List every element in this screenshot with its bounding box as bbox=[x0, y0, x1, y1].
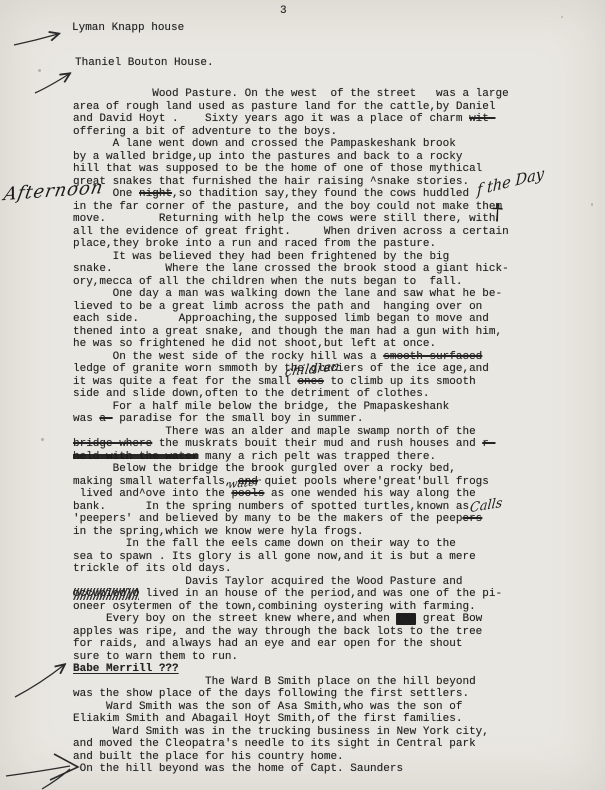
typed-line: apples was ripe, and the way through the… bbox=[73, 626, 605, 639]
typed-segment: side and slide down,often to the detrime… bbox=[73, 388, 429, 400]
typed-segment: One day a man was walking down the lane … bbox=[73, 288, 502, 300]
typed-line: Eliakim Smith and Abagail Hoyt Smith,of … bbox=[73, 713, 605, 726]
typed-segment: by a walled bridge,up into the pastures … bbox=[73, 151, 462, 163]
typed-line: by a walled bridge,up into the pastures … bbox=[73, 151, 605, 164]
typed-line: sea to spawn . Its glory is all gone now… bbox=[73, 551, 605, 564]
typed-line: In the fall the eels came down on their … bbox=[73, 538, 605, 551]
arrow-to-thaniel-bouton bbox=[35, 74, 69, 93]
typed-line: Babe Merrill ??? bbox=[73, 663, 605, 676]
typed-segment: apples was ripe, and the way through the… bbox=[73, 626, 482, 638]
typed-line: and moved the Cleopatra's needle to its … bbox=[73, 738, 605, 751]
typed-segment-strike: wit- bbox=[469, 113, 495, 125]
typed-segment: On the hill beyond was the home of Capt.… bbox=[73, 763, 403, 775]
typed-segment: Below the bridge the brook gurgled over … bbox=[73, 463, 456, 475]
typed-segment: making small waterfalls, bbox=[73, 476, 238, 488]
typed-line: in the far corner of the pasture, and th… bbox=[73, 201, 605, 214]
typed-line: snake. Where the lane crossed the brook … bbox=[73, 263, 605, 276]
typed-segment-u: Babe Merrill ??? bbox=[73, 663, 179, 675]
typed-line: all the evidence of great fright. When d… bbox=[73, 226, 605, 239]
typed-segment-blot: the bbox=[396, 613, 416, 625]
typed-line: was the show place of the days following… bbox=[73, 688, 605, 701]
typed-line: and David Hoyt . Sixty years ago it was … bbox=[73, 113, 605, 126]
typed-segment: it was quite a feat for the small bbox=[73, 376, 297, 388]
typed-line: It was believed they had been frightened… bbox=[73, 251, 605, 264]
typed-line: in the spring,which we know were hyla fr… bbox=[73, 526, 605, 539]
typed-segment: A lane went down and crossed the Pampask… bbox=[73, 138, 456, 150]
typed-line: offering a bit of adventure to the boys. bbox=[73, 126, 605, 139]
document-page: 3 Lyman Knapp house Thaniel Bouton House… bbox=[0, 0, 605, 790]
typed-line: bridge where the muskrats bouit their mu… bbox=[73, 438, 605, 451]
typed-line: bank. In the spring numbers of spotted t… bbox=[73, 501, 605, 514]
typed-segment: area of rough land used as pasture land … bbox=[73, 101, 495, 113]
typed-segment: and David Hoyt . Sixty years ago it was … bbox=[73, 113, 469, 125]
typed-line: On the hill beyond was the home of Capt.… bbox=[73, 763, 605, 776]
typed-segment: and moved the Cleopatra's needle to its … bbox=[73, 738, 476, 750]
typed-line: Ward Smith was the son of Asa Smith,who … bbox=[73, 701, 605, 714]
paper-speck bbox=[591, 203, 593, 206]
typed-segment: he was so frightened he did not shoot,bu… bbox=[73, 338, 436, 350]
typed-segment: great Bow bbox=[416, 613, 482, 625]
paper-speck bbox=[38, 69, 41, 72]
typed-line: it was quite a feat for the small ones t… bbox=[73, 376, 605, 389]
typed-segment: There was an alder and maple swamp north… bbox=[73, 426, 476, 438]
typed-segment: bank. In the spring numbers of spotted t… bbox=[73, 501, 469, 513]
paper-speck bbox=[41, 438, 44, 441]
typed-line: There was an alder and maple swamp north… bbox=[73, 426, 605, 439]
typed-line: ory,mecca of all the children when the n… bbox=[73, 276, 605, 289]
typed-segment: In the fall the eels came down on their … bbox=[73, 538, 456, 550]
typed-line: trickle of its old days. bbox=[73, 563, 605, 576]
typed-segment: Wood Pasture. On the west of the street … bbox=[73, 88, 509, 100]
heading-lyman-knapp-house: Lyman Knapp house bbox=[72, 22, 184, 35]
page-number: 3 bbox=[280, 5, 287, 18]
typed-segment: ory,mecca of all the children when the n… bbox=[73, 276, 462, 288]
typed-segment: in the far corner of the pasture, and th… bbox=[73, 201, 502, 213]
typed-segment: ,so thadition say,they found the cows hu… bbox=[172, 188, 469, 200]
typed-segment: in the spring,which we know were hyla fr… bbox=[73, 526, 363, 538]
typed-line: One day a man was walking down the lane … bbox=[73, 288, 605, 301]
typed-line: lived and^ove into the pools as one wend… bbox=[73, 488, 605, 501]
typed-line: Davis Taylor acquired the Wood Pasture a… bbox=[73, 576, 605, 589]
typed-segment-strike: a- bbox=[99, 413, 112, 425]
typed-segment: oneer osytermen of the town,combining oy… bbox=[73, 601, 476, 613]
typed-segment: trickle of its old days. bbox=[73, 563, 231, 575]
typed-line: for raids, and always had an eye and ear… bbox=[73, 638, 605, 651]
typed-segment-strike: smooth surfaced bbox=[383, 351, 482, 363]
heading-thaniel-bouton-house: Thaniel Bouton House. bbox=[75, 57, 214, 70]
typed-segment-scrib: held with the water bbox=[73, 451, 198, 463]
typed-line: Every boy on the street knew where,and w… bbox=[73, 613, 605, 626]
typed-line: area of rough land used as pasture land … bbox=[73, 101, 605, 114]
typed-line: Below the bridge the brook gurgled over … bbox=[73, 463, 605, 476]
typed-segment: lieved to be a great limb across the pat… bbox=[73, 301, 482, 313]
typed-segment: all the evidence of great fright. When d… bbox=[73, 226, 509, 238]
typed-line: lieved to be a great limb across the pat… bbox=[73, 301, 605, 314]
typed-line: he was so frightened he did not shoot,bu… bbox=[73, 338, 605, 351]
typed-segment: Ward Smith was the son of Asa Smith,who … bbox=[73, 701, 462, 713]
typed-segment: It was believed they had been frightened… bbox=[73, 251, 449, 263]
paper-speck bbox=[561, 16, 563, 18]
typed-segment: Ward Smith was in the trucking business … bbox=[73, 726, 489, 738]
typed-segment: sure to warn them to run. bbox=[73, 651, 238, 663]
arrow-to-lyman-knapp bbox=[14, 34, 58, 45]
typed-line: A lane went down and crossed the Pampask… bbox=[73, 138, 605, 151]
typed-segment: 'peepers' and believed by many to be the… bbox=[73, 513, 462, 525]
typed-segment: Davis Taylor acquired the Wood Pasture a… bbox=[73, 576, 462, 588]
typed-segment: snake. Where the lane crossed the brook … bbox=[73, 263, 509, 275]
typed-segment: the muskrats bouit their mud and rush ho… bbox=[152, 438, 482, 450]
arrow-to-babe-merrill bbox=[15, 665, 64, 697]
typed-line: and built the place for his country home… bbox=[73, 751, 605, 764]
typed-line: 'peepers' and believed by many to be the… bbox=[73, 513, 605, 526]
typed-segment: many a rich pelt was trapped there. bbox=[198, 451, 436, 463]
typed-segment: sea to spawn . Its glory is all gone now… bbox=[73, 551, 476, 563]
typed-segment: offering a bit of adventure to the boys. bbox=[73, 126, 337, 138]
typed-segment: quiet pools where'great'bull frogs bbox=[258, 476, 489, 488]
typed-segment: each side. Approaching,the supposed limb… bbox=[73, 313, 489, 325]
arrow-to-on-the-hill-tail2 bbox=[42, 769, 70, 789]
cross-mark: † bbox=[491, 200, 503, 226]
typed-segment: hill that was supposed to be the home of… bbox=[73, 163, 482, 175]
typed-segment: move. Returning with help the cows were … bbox=[73, 213, 495, 225]
typed-segment-strike: r- bbox=[482, 438, 495, 450]
typed-segment: For a half mile below the bridge, the Pm… bbox=[73, 401, 449, 413]
typed-line: Wood Pasture. On the west of the street … bbox=[73, 88, 605, 101]
typed-line: place,they broke into a run and raced fr… bbox=[73, 238, 605, 251]
typed-line: thened into a great snake, and though th… bbox=[73, 326, 605, 339]
typed-line: each side. Approaching,the supposed limb… bbox=[73, 313, 605, 326]
typed-segment: was bbox=[73, 413, 99, 425]
typed-segment: and built the place for his country home… bbox=[73, 751, 344, 763]
typed-segment-xout: occupied)d bbox=[73, 588, 139, 600]
typed-segment: paradise for the small boy in summer. bbox=[113, 413, 364, 425]
typed-line: side and slide down,often to the detrime… bbox=[73, 388, 605, 401]
typed-segment: lived in an house of the period,and was … bbox=[139, 588, 502, 600]
typed-line: Ward Smith was in the trucking business … bbox=[73, 726, 605, 739]
typed-line: making small waterfalls, and quiet pools… bbox=[73, 476, 605, 489]
typed-line: was a- paradise for the small boy in sum… bbox=[73, 413, 605, 426]
typed-segment: was the show place of the days following… bbox=[73, 688, 469, 700]
typed-segment: great snakes that furnished the hair rai… bbox=[73, 176, 469, 188]
typed-line: oneer osytermen of the town,combining oy… bbox=[73, 601, 605, 614]
typed-segment: as one wended his way along the bbox=[264, 488, 475, 500]
typed-line: One night,so thadition say,they found th… bbox=[73, 188, 605, 201]
typed-line: held with the water many a rich pelt was… bbox=[73, 451, 605, 464]
typed-segment-strike: bridge where bbox=[73, 438, 152, 450]
typed-segment: Every boy on the street knew where,and w… bbox=[73, 613, 396, 625]
typed-segment: Eliakim Smith and Abagail Hoyt Smith,of … bbox=[73, 713, 462, 725]
typed-line: The Ward B Smith place on the hill beyon… bbox=[73, 676, 605, 689]
typed-segment: for raids, and always had an eye and ear… bbox=[73, 638, 462, 650]
typed-line: occupied)d lived in an house of the peri… bbox=[73, 588, 605, 601]
typed-segment: lived and^ove into the bbox=[73, 488, 231, 500]
typed-body: Wood Pasture. On the west of the street … bbox=[73, 88, 605, 776]
typed-segment: The Ward B Smith place on the hill beyon… bbox=[73, 676, 476, 688]
typed-line: For a half mile below the bridge, the Pm… bbox=[73, 401, 605, 414]
typed-line: move. Returning with help the cows were … bbox=[73, 213, 605, 226]
typed-segment: to climb up its smooth bbox=[324, 376, 476, 388]
arrow-to-on-the-hill-tail bbox=[6, 766, 70, 776]
typed-segment: thened into a great snake, and though th… bbox=[73, 326, 502, 338]
typed-segment: ledge of granite worn smmoth by the glac… bbox=[73, 363, 489, 375]
typed-segment: place,they broke into a run and raced fr… bbox=[73, 238, 436, 250]
typed-line: sure to warn them to run. bbox=[73, 651, 605, 664]
typed-segment-strike: night bbox=[139, 188, 172, 200]
